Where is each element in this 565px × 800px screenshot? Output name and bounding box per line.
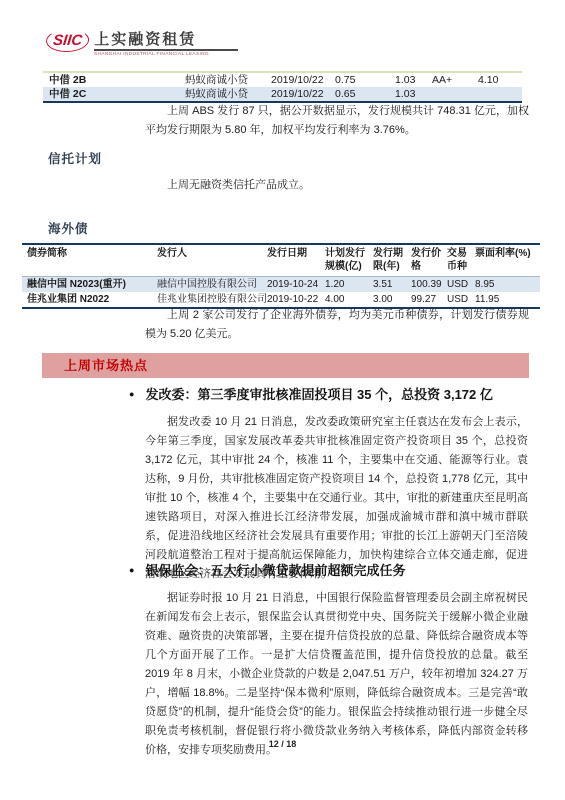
abs-summary-paragraph: 上周 ABS 发行 87 只，据公开数据显示，发行规模共计 748.31 亿元，… bbox=[145, 102, 529, 140]
cell-issue-date: 2019-10-24 bbox=[267, 277, 325, 292]
hotspot-body: 据发改委 10 月 21 日消息，发改委政策研究室主任袁达在发布会上表示，今年第… bbox=[145, 413, 528, 584]
section-heading-overseas: 海外债 bbox=[48, 219, 89, 237]
cell-bond-name: 融信中国 N2023(重开) bbox=[22, 277, 157, 292]
header-currency: 交易币种 bbox=[447, 247, 475, 273]
overseas-summary-paragraph: 上周 2 家公司发行了企业海外债券，均为美元币种债券，计划发行债券规模为 5.2… bbox=[145, 306, 529, 344]
hotspot-title: ● 发改委：第三季度审批核准固投项目 35 个，总投资 3,172 亿 bbox=[129, 386, 529, 405]
section-heading-trust: 信托计划 bbox=[48, 149, 102, 167]
cell-currency: USD bbox=[447, 292, 475, 307]
header-issuer: 发行人 bbox=[157, 247, 267, 273]
header-price: 发行价格 bbox=[411, 247, 447, 273]
header-term: 发行期限(年) bbox=[373, 247, 411, 273]
cell-scale: 4.00 bbox=[325, 292, 373, 307]
cell-coupon: 11.95 bbox=[475, 292, 540, 307]
trust-summary-paragraph: 上周无融资类信托产品成立。 bbox=[145, 176, 529, 195]
table-row: 中借 2C 蚂蚁商诚小贷 2019/10/22 0.65 1.03 bbox=[43, 87, 522, 101]
header-planned-scale: 计划发行规模(亿) bbox=[325, 247, 373, 273]
logo-company-name: 上实融资租赁 bbox=[94, 31, 238, 51]
logo-names: 上实融资租赁 SHANGHAI INDUSTRIAL FINANCIAL LEA… bbox=[94, 31, 238, 58]
page-number: 12 / 18 bbox=[0, 739, 565, 749]
cell-issuer: 佳兆业集团控股有限公司 bbox=[157, 292, 267, 307]
cell-issue-date: 2019/10/22 bbox=[271, 87, 335, 101]
cell-rating: AA+ bbox=[432, 73, 478, 87]
cell-scale: 0.75 bbox=[335, 73, 395, 87]
header-bond-name: 债券简称 bbox=[22, 247, 157, 273]
hotspot-title-text: 发改委：第三季度审批核准固投项目 35 个，总投资 3,172 亿 bbox=[145, 386, 492, 404]
cell-price: 99.27 bbox=[411, 292, 447, 307]
hotspot-title: ● 银保监会：五大行小微贷款提前超额完成任务 bbox=[129, 562, 529, 581]
siic-logo-icon: SIIC bbox=[47, 31, 88, 51]
logo-company-subtitle: SHANGHAI INDUSTRIAL FINANCIAL LEASING bbox=[94, 52, 209, 57]
cell-issue-date: 2019-10-22 bbox=[267, 292, 325, 307]
table-row: 佳兆业集团 N2022 佳兆业集团控股有限公司 2019-10-22 4.00 … bbox=[22, 292, 540, 307]
overseas-bond-table: 债券简称 发行人 发行日期 计划发行规模(亿) 发行期限(年) 发行价格 交易币… bbox=[22, 243, 540, 309]
table-header-row: 债券简称 发行人 发行日期 计划发行规模(亿) 发行期限(年) 发行价格 交易币… bbox=[22, 245, 540, 277]
cell-issue-date: 2019/10/22 bbox=[271, 73, 335, 87]
abs-issuance-table: 中借 2B 蚂蚁商诚小贷 2019/10/22 0.75 1.03 AA+ 4.… bbox=[43, 71, 522, 103]
hotspot-title-text: 银保监会：五大行小微贷款提前超额完成任务 bbox=[145, 562, 405, 580]
cell-originator: 蚂蚁商诚小贷 bbox=[185, 73, 271, 87]
cell-originator: 蚂蚁商诚小贷 bbox=[185, 87, 271, 101]
header-issue-date: 发行日期 bbox=[267, 247, 325, 273]
report-page: SIIC 上实融资租赁 SHANGHAI INDUSTRIAL FINANCIA… bbox=[0, 0, 565, 800]
market-hotspots-banner: 上周市场热点 bbox=[42, 353, 529, 378]
cell-rate: 4.10 bbox=[478, 73, 522, 87]
siic-logo-text: SIIC bbox=[52, 32, 83, 49]
cell-bond-name: 中借 2C bbox=[43, 87, 185, 101]
header-coupon: 票面利率(%) bbox=[475, 247, 540, 273]
cell-issuer: 融信中国控股有限公司 bbox=[157, 277, 267, 292]
cell-bond-name: 佳兆业集团 N2022 bbox=[22, 292, 157, 307]
table-row: 中借 2B 蚂蚁商诚小贷 2019/10/22 0.75 1.03 AA+ 4.… bbox=[43, 73, 522, 87]
bullet-icon: ● bbox=[129, 385, 134, 403]
cell-term: 1.03 bbox=[395, 87, 432, 101]
table-row: 融信中国 N2023(重开) 融信中国控股有限公司 2019-10-24 1.2… bbox=[22, 277, 540, 292]
bullet-icon: ● bbox=[129, 561, 134, 579]
cell-term: 3.00 bbox=[373, 292, 411, 307]
hotspot-item: ● 银保监会：五大行小微贷款提前超额完成任务 据证券时报 10 月 21 日消息… bbox=[129, 562, 529, 760]
cell-bond-name: 中借 2B bbox=[43, 73, 185, 87]
cell-price: 100.39 bbox=[411, 277, 447, 292]
cell-term: 3.51 bbox=[373, 277, 411, 292]
cell-scale: 0.65 bbox=[335, 87, 395, 101]
company-logo: SIIC 上实融资租赁 SHANGHAI INDUSTRIAL FINANCIA… bbox=[48, 31, 238, 58]
hotspot-item: ● 发改委：第三季度审批核准固投项目 35 个，总投资 3,172 亿 据发改委… bbox=[129, 386, 529, 584]
hotspot-body: 据证券时报 10 月 21 日消息，中国银行保险监督管理委员会副主席祝树民在新闻… bbox=[145, 589, 528, 760]
cell-scale: 1.20 bbox=[325, 277, 373, 292]
cell-currency: USD bbox=[447, 277, 475, 292]
cell-coupon: 8.95 bbox=[475, 277, 540, 292]
cell-term: 1.03 bbox=[395, 73, 432, 87]
